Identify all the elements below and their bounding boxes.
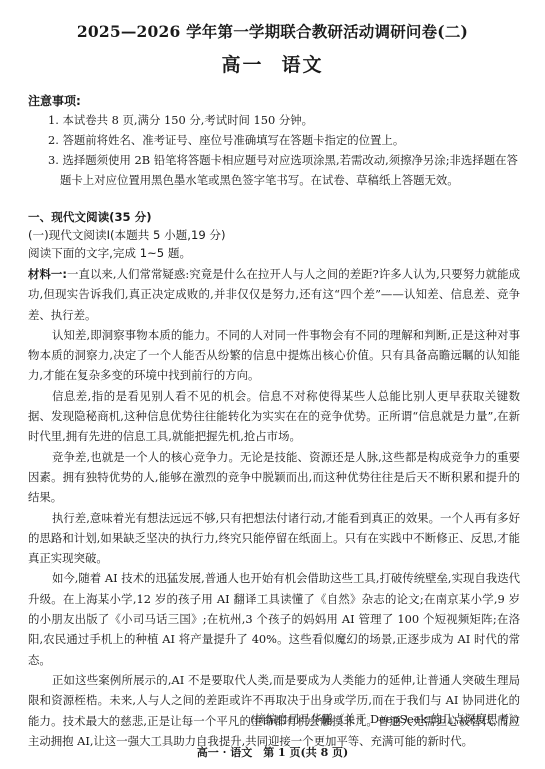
notes-list: 1. 本试卷共 8 页,满分 150 分,考试时间 150 分钟。 2. 答题前…: [48, 110, 528, 190]
material-label: 材料一:: [28, 267, 67, 281]
note-item: 2. 答题前将姓名、准考证号、座位号准确填写在答题卡指定的位置上。: [48, 130, 528, 150]
note-item: 3. 选择题须使用 2B 铅笔将答题卡相应题号对应选项涂黑,若需改动,须擦净另涂…: [48, 150, 528, 190]
reading-instruction: 阅读下面的文字,完成 1~5 题。: [28, 245, 191, 261]
passage-paragraph: 执行差,意味着光有想法远远不够,只有把想法付诸行动,才能看到真正的效果。一个人再…: [28, 508, 520, 569]
passage-paragraph: 材料一:一直以来,人们常常疑惑:究竟是什么在拉开人与人之间的差距?许多人认为,只…: [28, 264, 520, 325]
subsection-heading: (一)现代文阅读Ⅰ(本题共 5 小题,19 分): [28, 227, 226, 243]
reading-passage: 材料一:一直以来,人们常常疑惑:究竟是什么在拉开人与人之间的差距?许多人认为,只…: [28, 264, 520, 751]
grade-label: 高一: [221, 54, 263, 76]
passage-paragraph: 信息差,指的是看见别人看不见的机会。信息不对称使得某些人总能比别人更早获取关键数…: [28, 386, 520, 447]
notes-heading: 注意事项:: [28, 92, 81, 109]
passage-source: (摘编自司马华鹏《关于 DeepSeek 的几点深度思考》): [250, 711, 519, 727]
exam-subtitle: 高一语文: [0, 50, 545, 77]
exam-title: 2025—2026 学年第一学期联合教研活动调研问卷(二): [0, 20, 545, 42]
passage-paragraph: 认知差,即洞察事物本质的能力。不同的人对同一件事物会有不同的理解和判断,正是这种…: [28, 325, 520, 386]
section-heading: 一、现代文阅读(35 分): [28, 209, 152, 225]
passage-paragraph: 竞争差,也就是一个人的核心竞争力。无论是技能、资源还是人脉,这些都是构成竞争力的…: [28, 447, 520, 508]
page-footer: 高一 · 语文 第 1 页(共 8 页): [0, 744, 545, 760]
subject-label: 语文: [282, 54, 324, 76]
note-item: 1. 本试卷共 8 页,满分 150 分,考试时间 150 分钟。: [48, 110, 528, 130]
passage-paragraph: 如今,随着 AI 技术的迅猛发展,普通人也开始有机会借助这些工具,打破传统壁垒,…: [28, 568, 520, 669]
